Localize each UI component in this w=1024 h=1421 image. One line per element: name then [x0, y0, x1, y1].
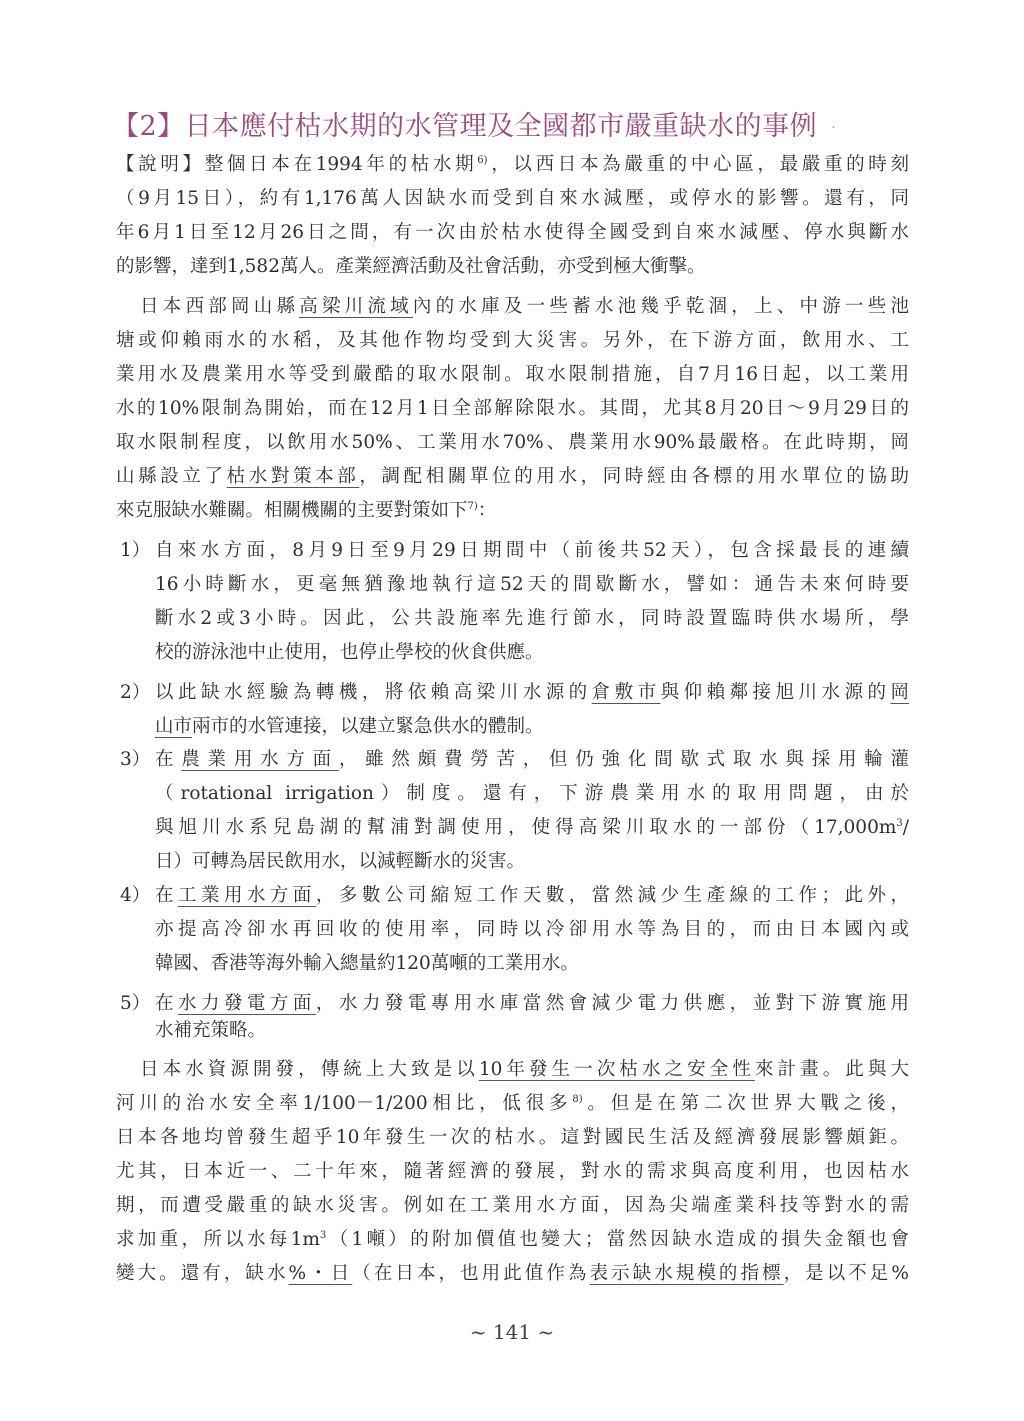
term-shortage-percent-day: %・日	[289, 1263, 353, 1284]
section-title: 【2】日本應付枯水期的水管理及全國都市嚴重缺水的事例·	[112, 110, 836, 145]
term-agricultural-water: 農業用水方面	[181, 749, 339, 770]
term-takahashi-basin: 高梁川流域	[299, 296, 413, 317]
document-page: 【2】日本應付枯水期的水管理及全國都市嚴重缺水的事例· 【說明】整個日本在199…	[0, 0, 1024, 1421]
list-item-5-number: 5）	[120, 992, 150, 1016]
para3-line7: 變大。還有，缺水%・日（在日本，也用此值作為表示缺水規模的指標，是以不足%	[116, 1262, 909, 1286]
para3-line2: 河川的治水安全率1/100－1/200相比，低很多8)。但是在第二次世界大戰之後…	[116, 1092, 909, 1116]
list-item-3-line1: 在農業用水方面，雖然頗費勞苦，但仍強化間歇式取水與採用輪灌	[155, 748, 909, 772]
list-item-4-line3: 韓國、香港等海外輸入總量約120萬噸的工業用水。	[155, 952, 579, 976]
list-item-4-line1: 在工業用水方面，多數公司縮短工作天數，當然減少生產線的工作；此外，	[155, 884, 909, 908]
term-okayama-part2: 山市	[155, 716, 192, 737]
para2-line6: 山縣設立了枯水對策本部，調配相關單位的用水，同時經由各標的用水單位的協助	[116, 465, 909, 489]
list-item-1-line4: 校的游泳池中止使用，也停止學校的伙食供應。	[155, 641, 544, 665]
term-kurashiki: 倉敷市	[592, 682, 661, 703]
para3-line5: 期，而遭受嚴重的缺水災害。例如在工業用水方面，因為尖端產業科技等對水的需	[116, 1194, 909, 1218]
list-item-4-line2: 亦提高冷卻水再回收的使用率，同時以冷卻用水等為目的，而由日本國內或	[155, 918, 909, 942]
para1-line4: 的影響，達到1,582萬人。產業經濟活動及社會活動，亦受到極大衝擊。	[116, 255, 705, 279]
list-item-4-number: 4）	[120, 884, 150, 908]
footnote-ref-6[interactable]: 6)	[477, 155, 487, 166]
list-item-5-line1: 在水力發電方面，水力發電專用水庫當然會減少電力供應，並對下游實施用	[155, 992, 909, 1016]
list-item-1-number: 1）	[120, 539, 150, 563]
para2-line3: 業用水及農業用水等受到嚴酷的取水限制。取水限制措施，自7月16日起，以工業用	[116, 363, 909, 387]
para1-line1: 【說明】整個日本在1994年的枯水期6)，以西日本為嚴重的中心區，最嚴重的時刻	[116, 153, 909, 177]
list-item-2-line1: 以此缺水經驗為轉機，將依賴高梁川水源的倉敷市與仰賴鄰接旭川水源的岡	[155, 681, 909, 705]
para1-line3: 年6月1日至12月26日之間，有一次由於枯水使得全國受到自來水減壓、停水與斷水	[116, 221, 909, 245]
para2-line7: 來克服缺水難關。相關機關的主要對策如下7)：	[116, 499, 496, 523]
term-hydropower: 水力發電方面	[178, 993, 316, 1014]
footnote-ref-7[interactable]: 7)	[468, 501, 478, 512]
term-industrial-water: 工業用水方面	[178, 885, 316, 906]
para2-line4: 水的10%限制為開始，而在12月1日全部解除限水。其間，尤其8月20日～9月29…	[116, 397, 909, 421]
list-item-3-number: 3）	[120, 748, 150, 772]
list-item-3-line3: 與旭川水系兒島湖的幫浦對調使用，使得高梁川取水的一部份（17,000m3/	[155, 816, 909, 840]
list-item-1-line3: 斷水2或3小時。因此，公共設施率先進行節水，同時設置臨時供水場所，學	[155, 607, 909, 631]
list-item-3-line2: （rotational irrigation）制度。還有，下游農業用水的取用問題…	[155, 782, 909, 806]
para3-line1: 日本水資源開發，傳統上大致是以10年發生一次枯水之安全性來計畫。此與大	[140, 1058, 909, 1082]
section-title-text: 【2】日本應付枯水期的水管理及全國都市嚴重缺水的事例	[112, 111, 817, 142]
term-drought-hq: 枯水對策本部	[227, 466, 360, 487]
list-item-2-line2: 山市兩市的水管連接，以建立緊急供水的體制。	[155, 715, 544, 739]
para1-line2: （9月15日），約有1,176萬人因缺水而受到自來水減壓，或停水的影響。還有，同	[116, 187, 909, 211]
list-item-1-line2: 16小時斷水，更毫無猶豫地執行這52天的間歇斷水，譬如：通告未來何時要	[155, 573, 909, 597]
para3-line3: 日本各地均曾發生超乎10年發生一次的枯水。這對國民生活及經濟發展影響頗鉅。	[116, 1126, 909, 1150]
list-item-2-number: 2）	[120, 681, 150, 705]
para2-line5: 取水限制程度，以飲用水50%、工業用水70%、農業用水90%最嚴格。在此時期，岡	[116, 431, 909, 455]
term-okayama-part1: 岡	[890, 682, 909, 703]
para2-line1: 日本西部岡山縣高梁川流域內的水庫及一些蓄水池幾乎乾涸，上、中游一些池	[140, 295, 909, 319]
list-item-5-line2: 水補充策略。	[155, 1019, 266, 1043]
term-10yr-safety: 10年發生一次枯水之安全性	[479, 1059, 755, 1080]
page-number: ~ 141 ~	[0, 1320, 1024, 1344]
list-item-1-line1: 自來水方面，8月9日至9月29日期間中（前後共52天），包含採最長的連續	[155, 539, 909, 563]
decorative-dot: ·	[831, 120, 836, 136]
para3-line4: 尤其，日本近一、二十年來，隨著經濟的發展，對水的需求與高度利用，也因枯水	[116, 1160, 909, 1184]
para2-line2: 塘或仰賴雨水的水稻，及其他作物均受到大災害。另外，在下游方面，飲用水、工	[116, 329, 909, 353]
para3-line6: 求加重，所以水每1m3（1噸）的附加價值也變大；當然因缺水造成的損失金額也會	[116, 1228, 909, 1252]
footnote-ref-8[interactable]: 8)	[572, 1094, 582, 1105]
list-item-3-line4: 日）可轉為居民飲用水，以減輕斷水的災害。	[155, 850, 525, 874]
term-shortage-scale-index: 表示缺水規模的指標	[590, 1263, 784, 1284]
